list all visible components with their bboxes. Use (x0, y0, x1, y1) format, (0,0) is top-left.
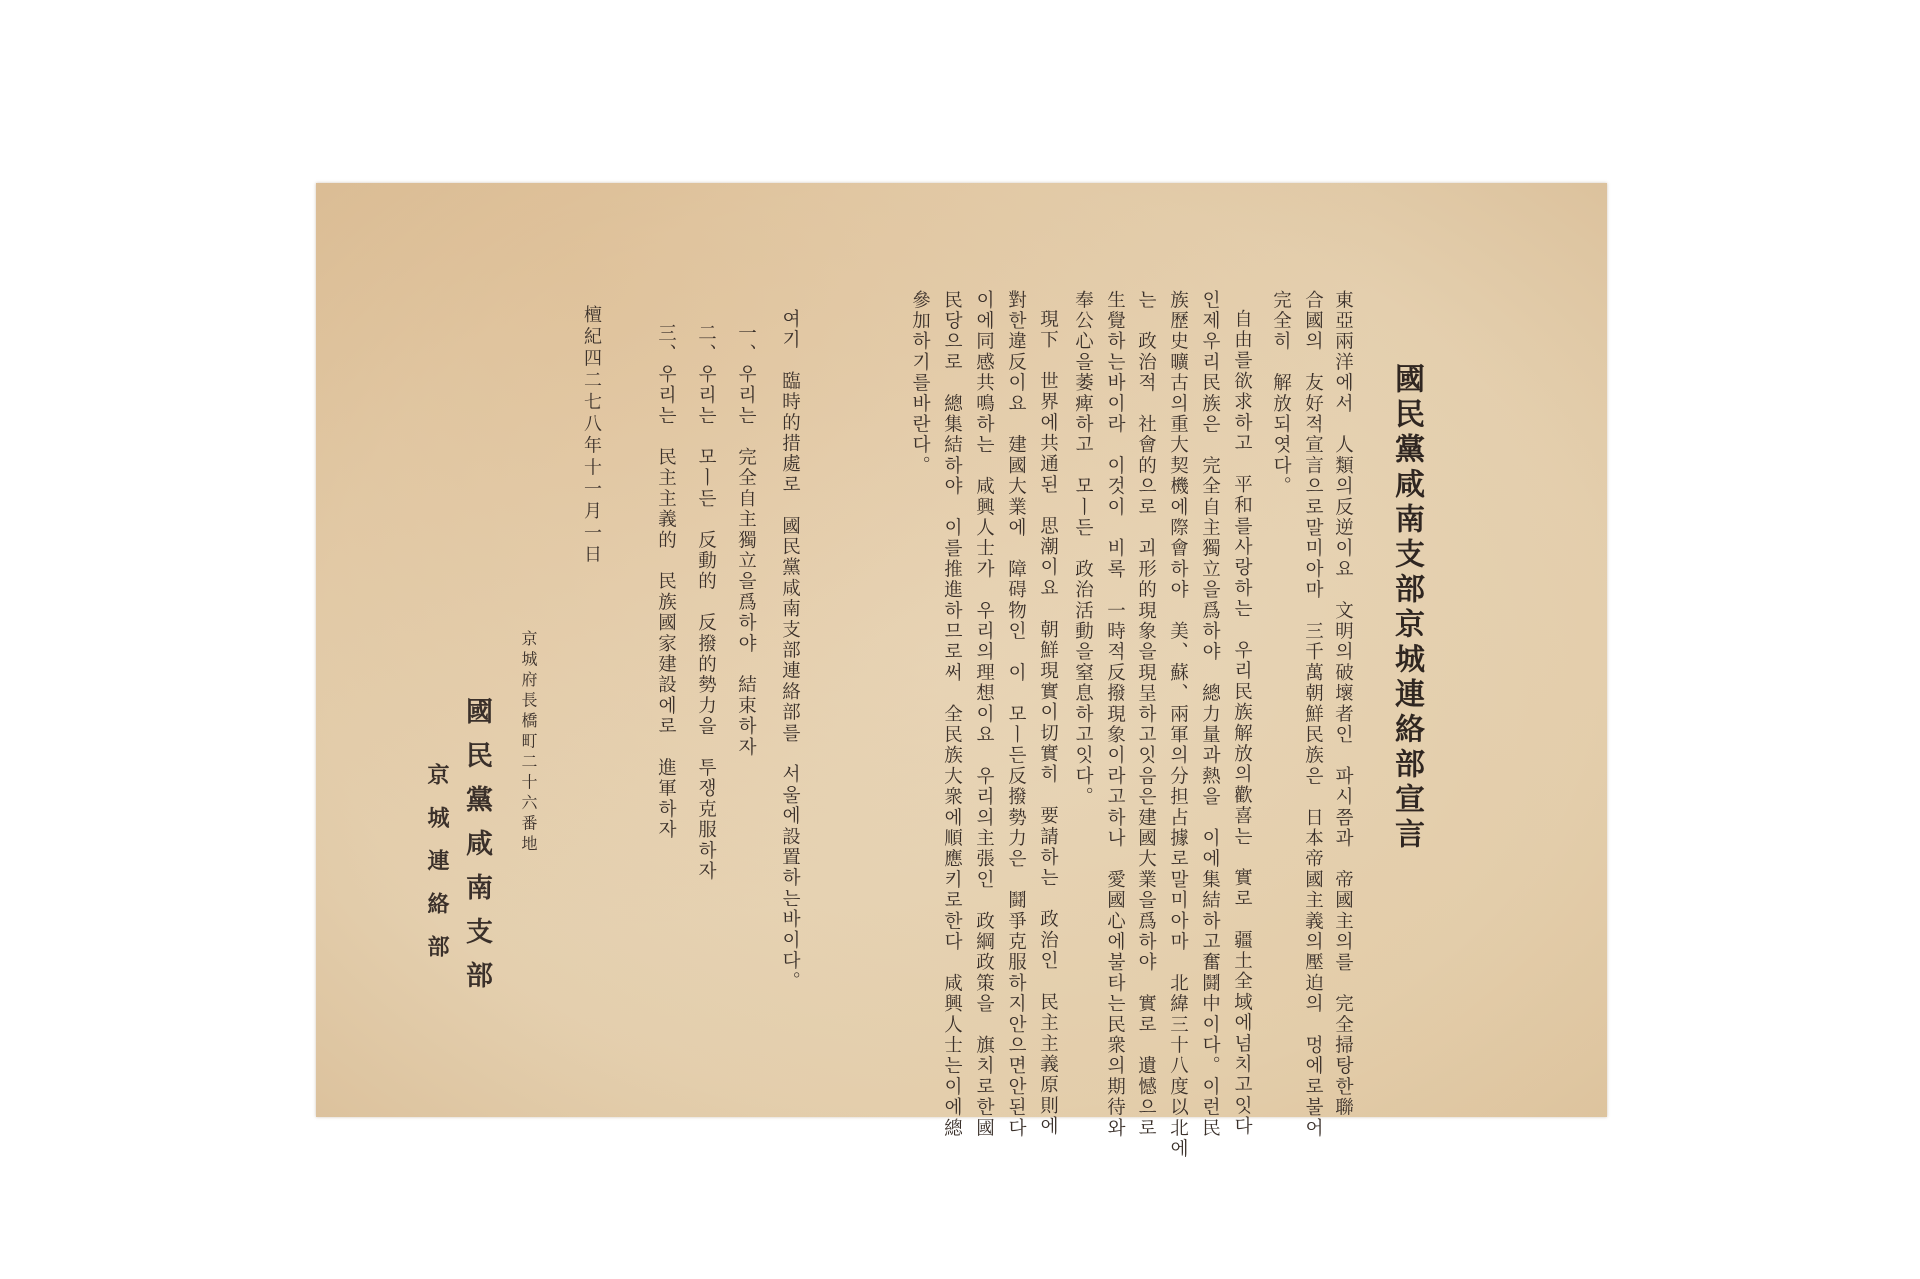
text-column: 自由를欲求하고 平和를사랑하는 우리民族解放의歡喜는 實로 疆土全域에넘치고잇다 (1232, 309, 1251, 1137)
text-column: 는 政治적 社會的으로 괴形的現象을現呈하고잇음은建國大業을爲하야 實로 遺憾으… (1136, 290, 1155, 1139)
document-title: 國民黨咸南支部京城連絡部宣言 (1391, 363, 1421, 853)
text-column: 이에同感共鳴하는 咸興人士가 우리의理想이요 우리의主張인 政綱政策을 旗치로한… (974, 290, 993, 1139)
resolution-item: 一、우리는 完全自主獨立을爲하야 結束하자 (736, 323, 755, 758)
text-column: 民당으로 總集結하야 이를推進하므로써 全民族大衆에順應키로한다 咸興人士는이에… (942, 290, 961, 1139)
resolution-item: 二、우리는 모ㅣ든 反動的 反撥的勢力을 투쟁克服하자 (696, 323, 715, 882)
text-column: 對한違反이요 建國大業에 障碍物인 이 모ㅣ든反撥勢力은 鬪爭克服하지안으면안된… (1006, 290, 1025, 1139)
text-column: 族歷史曠古의重大契機에際會하야 美、蘇、兩軍의分担占據로말미아마 北緯三十八度以… (1168, 290, 1187, 1159)
text-column: 여기 臨時的措處로 國民黨咸南支部連絡部를 서울에設置하는바이다。 (780, 309, 799, 992)
signature-organization: 國民黨咸南支部 (463, 697, 490, 1005)
manifesto-sheet: 國民黨咸南支部京城連絡部宣言 東亞兩洋에서 人類의反逆이요 文明의破壞者인 파시… (316, 183, 1607, 1117)
address: 京城府長橋町二十六番地 (520, 630, 536, 856)
text-column: 生覺하는바이라 이것이 비록 一時적反撥現象이라고하나 愛國心에불타는民衆의期待… (1105, 290, 1124, 1139)
text-column: 東亞兩洋에서 人類의反逆이요 文明의破壞者인 파시쯤과 帝國主의를 完全掃탕한聯 (1333, 290, 1352, 1118)
text-column: 完全히 解放되엿다。 (1271, 290, 1290, 497)
text-column: 合國의 友好적宣言으로말미아마 三千萬朝鮮民族은 日本帝國主義의壓迫의 멍에로불… (1303, 290, 1322, 1139)
text-column: 現下 世界에共通된 思潮이요 朝鮮現實이切實히 要請하는 政治인 民主主義原則에 (1038, 309, 1057, 1137)
text-column: 奉公心을萎痺하고 모ㅣ든 政治活動을窒息하고잇다。 (1073, 290, 1092, 808)
text-column: 參加하기를바란다。 (910, 290, 929, 476)
resolution-item: 三、우리는 民主主義的 民族國家建設에로 進軍하자 (656, 323, 675, 841)
text-column: 인제우리民族은 完全自主獨立을爲하야 總力量과熱을 이에集結하고奮鬪中이다。이런… (1200, 290, 1219, 1139)
document-date: 檀紀四二七八年十一月一日 (582, 305, 600, 567)
signature-branch: 京城連絡部 (426, 763, 448, 978)
